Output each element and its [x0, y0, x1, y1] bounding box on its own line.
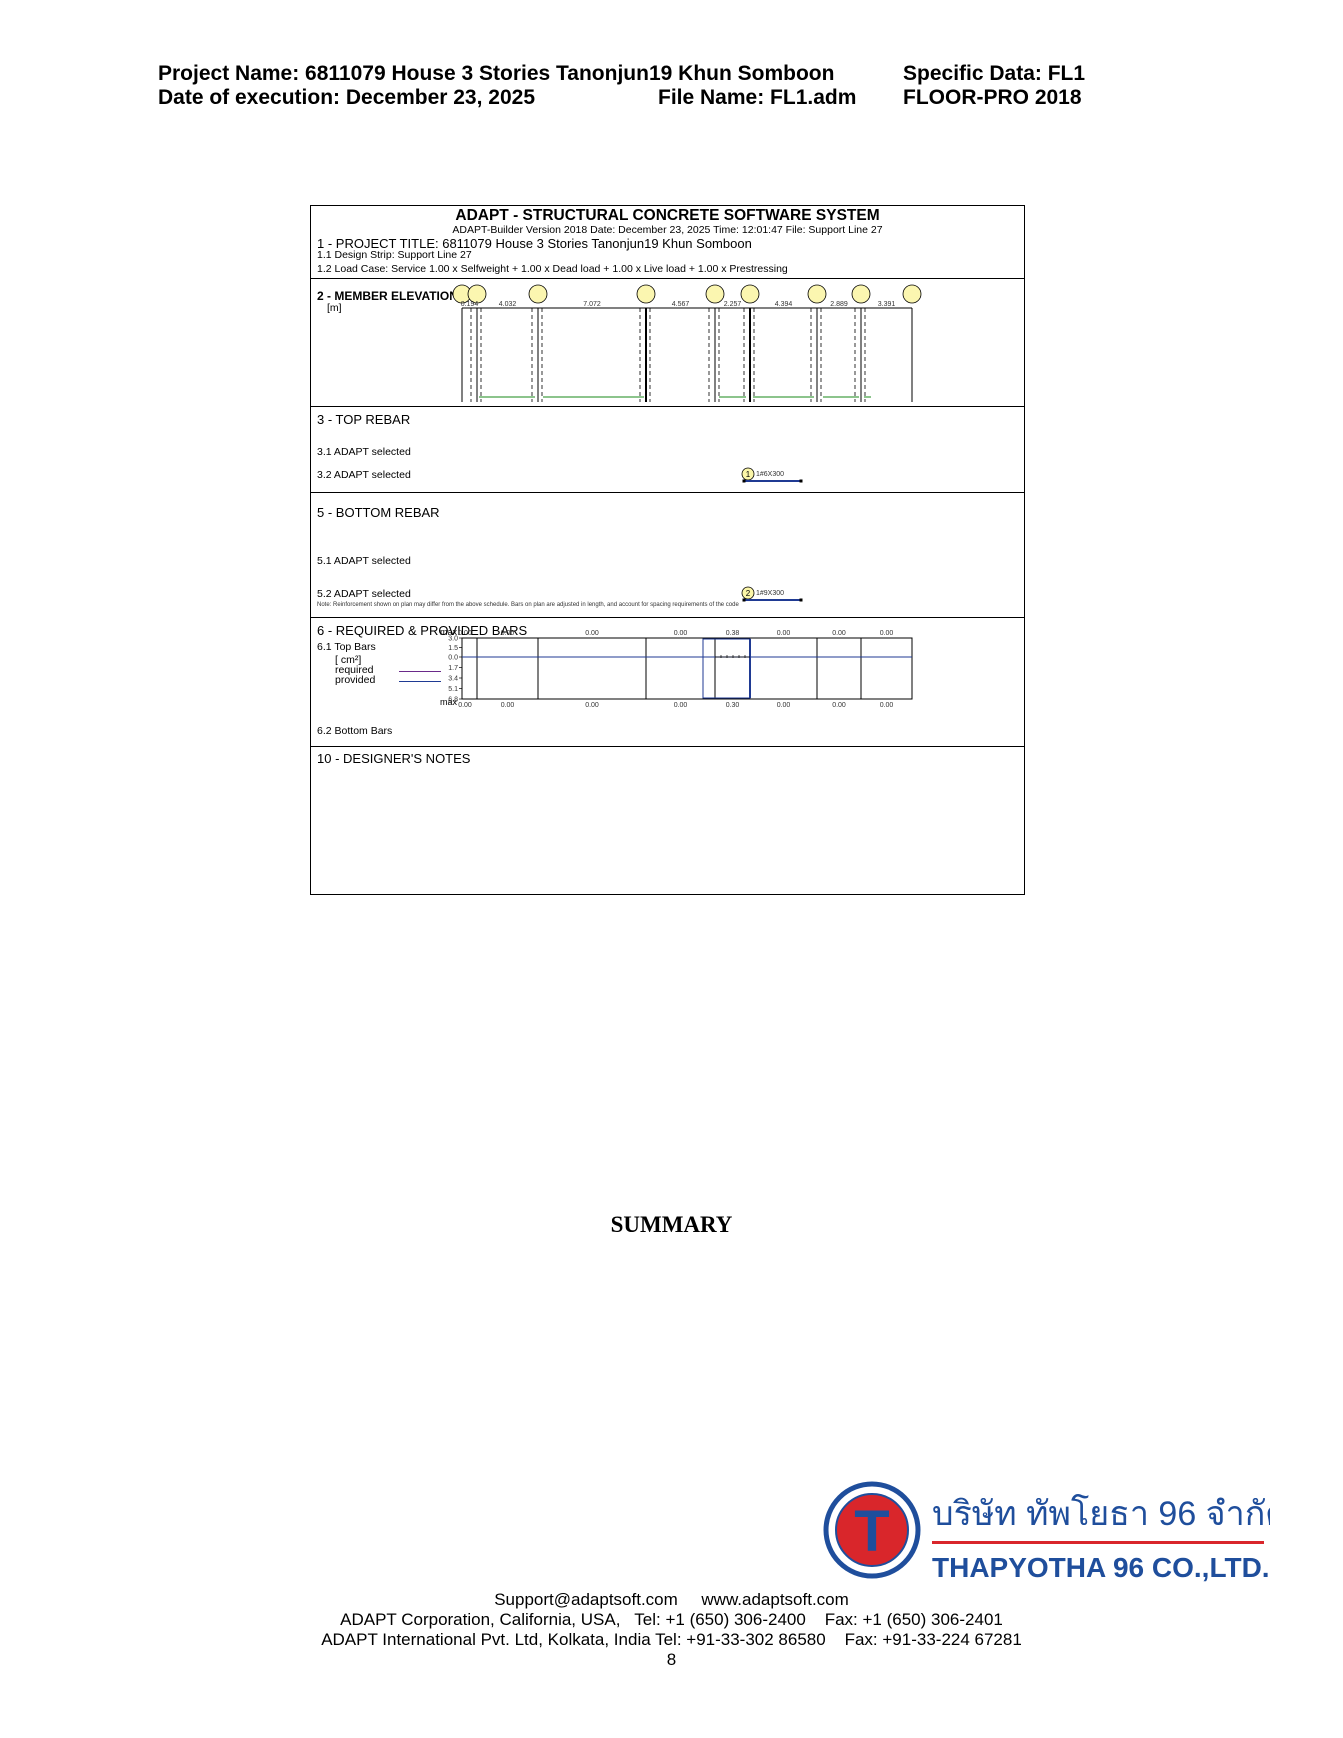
- footer-usa-office: ADAPT Corporation, California, USA, Tel:…: [0, 1610, 1343, 1630]
- top-rebar-row-1: 3.1 ADAPT selected: [317, 446, 411, 458]
- report-title: ADAPT - STRUCTURAL CONCRETE SOFTWARE SYS…: [311, 207, 1024, 225]
- top-rebar-heading: 3 - TOP REBAR: [317, 412, 410, 427]
- bottom-rebar-section: 5 - BOTTOM REBAR 5.1 ADAPT selected 5.2 …: [311, 493, 1024, 618]
- svg-text:0.00: 0.00: [777, 630, 791, 637]
- svg-text:0.00: 0.00: [880, 702, 894, 709]
- svg-text:1.5: 1.5: [448, 645, 458, 652]
- svg-text:0.00: 0.00: [585, 702, 599, 709]
- footer-contact: Support@adaptsoft.com www.adaptsoft.com: [0, 1590, 1343, 1610]
- svg-text:0.00: 0.00: [501, 702, 515, 709]
- svg-text:max: max: [440, 697, 458, 707]
- svg-text:0.00: 0.00: [458, 702, 472, 709]
- logo-english-name: THAPYOTHA 96 CO.,LTD.: [932, 1552, 1270, 1583]
- logo-graphic: T บริษัท ทัพโยธา 96 จำกัด THAPYOTHA 96 C…: [820, 1475, 1270, 1595]
- svg-text:0.30: 0.30: [726, 702, 740, 709]
- designers-notes-heading: 10 - DESIGNER'S NOTES: [317, 751, 470, 766]
- svg-text:0.00: 0.00: [832, 702, 846, 709]
- svg-text:0.194: 0.194: [461, 301, 479, 308]
- file-name: File Name: FL1.adm: [658, 86, 856, 110]
- bottom-rebar-heading: 5 - BOTTOM REBAR: [317, 505, 440, 520]
- svg-text:0.00: 0.00: [880, 630, 894, 637]
- top-rebar-section: 3 - TOP REBAR 3.1 ADAPT selected 3.2 ADA…: [311, 407, 1024, 493]
- report-header-section: ADAPT - STRUCTURAL CONCRETE SOFTWARE SYS…: [311, 206, 1024, 279]
- top-rebar-row-2: 3.2 ADAPT selected: [317, 469, 411, 481]
- svg-text:0.00: 0.00: [501, 630, 515, 637]
- svg-text:0.00: 0.00: [585, 630, 599, 637]
- svg-text:5.1: 5.1: [448, 686, 458, 693]
- svg-text:4.032: 4.032: [499, 301, 517, 308]
- svg-text:0.00: 0.00: [674, 702, 688, 709]
- load-case: 1.2 Load Case: Service 1.00 x Selfweight…: [317, 263, 788, 275]
- svg-text:0.00: 0.00: [777, 702, 791, 709]
- bottom-rebar-bar: 2 1#9X300: [741, 586, 831, 606]
- bottom-bar-label: 1#9X300: [756, 590, 784, 597]
- member-elevation-section: 2 - MEMBER ELEVATION [m] 0.1944.0327.072…: [311, 279, 1024, 407]
- logo-emblem-letter: T: [854, 1499, 889, 1564]
- program-name: FLOOR-PRO 2018: [903, 86, 1082, 110]
- svg-text:0.00: 0.00: [674, 630, 688, 637]
- company-logo: T บริษัท ทัพโยธา 96 จำกัด THAPYOTHA 96 C…: [820, 1475, 1270, 1595]
- top-bar-label: 1#6X300: [756, 471, 784, 478]
- svg-text:0.00: 0.00: [458, 630, 472, 637]
- logo-thai-name: บริษัท ทัพโยธา 96 จำกัด: [932, 1494, 1270, 1533]
- summary-heading: SUMMARY: [0, 1212, 1343, 1238]
- design-strip: 1.1 Design Strip: Support Line 27: [317, 249, 472, 261]
- bottom-rebar-row-2: 5.2 ADAPT selected: [317, 588, 411, 600]
- project-name: Project Name: 6811079 House 3 Stories Ta…: [158, 62, 834, 86]
- bottom-bar-marker: 2: [746, 589, 751, 598]
- page-footer: Support@adaptsoft.com www.adaptsoft.com …: [0, 1590, 1343, 1670]
- svg-text:4.567: 4.567: [672, 301, 690, 308]
- report-subtitle: ADAPT-Builder Version 2018 Date: Decembe…: [311, 224, 1024, 236]
- adapt-report: ADAPT - STRUCTURAL CONCRETE SOFTWARE SYS…: [310, 205, 1025, 895]
- svg-text:4.394: 4.394: [775, 301, 793, 308]
- svg-text:3.4: 3.4: [448, 676, 458, 683]
- logo-divider: [932, 1541, 1264, 1544]
- svg-text:0.0: 0.0: [448, 655, 458, 662]
- top-bar-marker: 1: [746, 470, 751, 479]
- specific-data: Specific Data: FL1: [903, 62, 1085, 86]
- footer-india-office: ADAPT International Pvt. Ltd, Kolkata, I…: [0, 1630, 1343, 1650]
- page-number: 8: [0, 1650, 1343, 1670]
- svg-text:1.7: 1.7: [448, 665, 458, 672]
- svg-text:0.38: 0.38: [726, 630, 740, 637]
- svg-text:2.257: 2.257: [724, 301, 742, 308]
- required-provided-chart: 3.01.50.01.73.45.16.8maxmax0.000.000.000…: [311, 618, 1026, 747]
- bottom-rebar-row-1: 5.1 ADAPT selected: [317, 555, 411, 567]
- designers-notes-section: 10 - DESIGNER'S NOTES: [311, 747, 1024, 896]
- svg-text:0.00: 0.00: [832, 630, 846, 637]
- required-provided-section: 6 - REQUIRED & PROVIDED BARS 6.1 Top Bar…: [311, 618, 1024, 747]
- svg-text:2.889: 2.889: [830, 301, 848, 308]
- svg-text:7.072: 7.072: [583, 301, 601, 308]
- top-rebar-bar: 1 1#6X300: [741, 467, 831, 487]
- reinforcement-note: Note: Reinforcement shown on plan may di…: [317, 602, 739, 608]
- date-of-execution: Date of execution: December 23, 2025: [158, 86, 535, 110]
- svg-text:3.391: 3.391: [878, 301, 896, 308]
- svg-text:max: max: [440, 627, 458, 637]
- member-elevation-diagram: 0.1944.0327.0724.5672.2574.3942.8893.391: [311, 279, 1026, 407]
